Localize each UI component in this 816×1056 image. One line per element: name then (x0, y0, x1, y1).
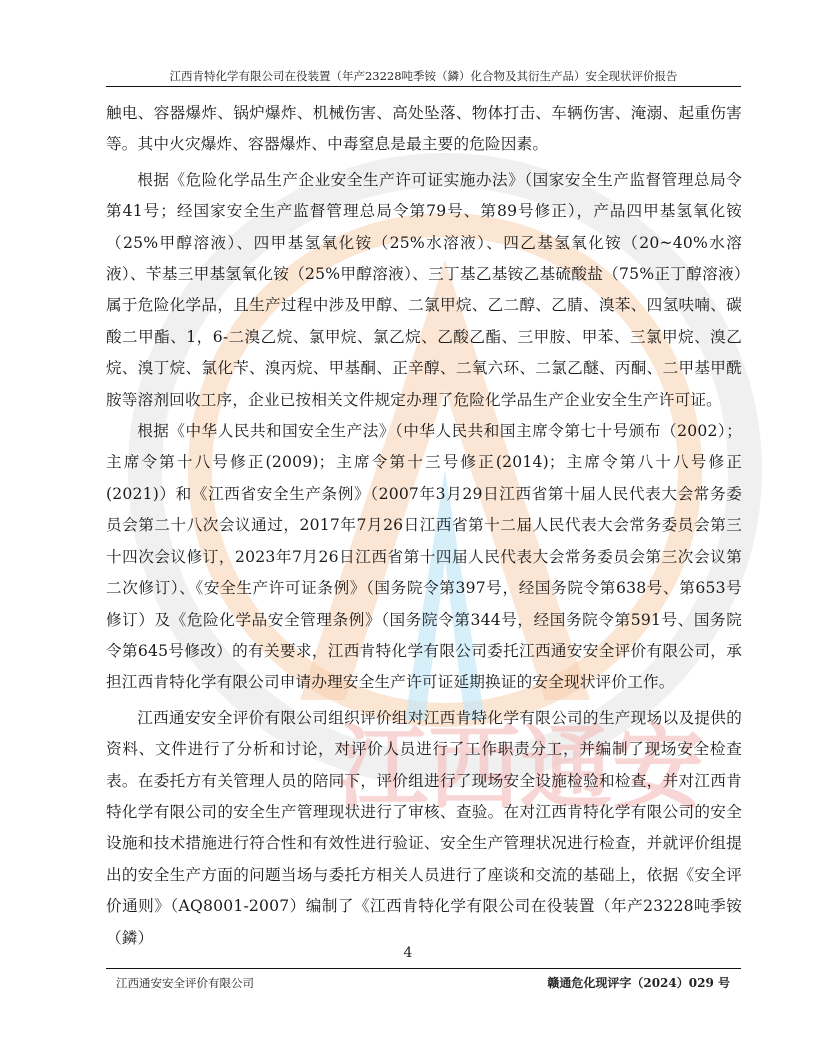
paragraph-license-basis: 根据《危险化学品生产企业安全生产许可证实施办法》（国家安全生产监督管理总局令第4… (106, 165, 742, 416)
document-body: 触电、容器爆炸、锅炉爆炸、机械伤害、高处坠落、物体打击、车辆伤害、淹溺、起重伤害… (106, 98, 742, 954)
footer-company-name: 江西通安安全评价有限公司 (116, 975, 254, 991)
footer-divider (106, 968, 741, 969)
paragraph-evaluation-process: 江西通安安全评价有限公司组织评价组对江西肯特化学有限公司的生产现场以及提供的资料… (106, 703, 742, 954)
running-header-title: 江西肯特化学有限公司在役装置（年产23228吨季铵（鏻）化合物及其衍生产品）安全… (106, 68, 741, 84)
document-page: 江西通安 江西肯特化学有限公司在役装置（年产23228吨季铵（鏻）化合物及其衍生… (0, 0, 816, 1056)
footer-document-code: 赣通危化现评字（2024）029 号 (547, 974, 730, 991)
paragraph-hazards: 触电、容器爆炸、锅炉爆炸、机械伤害、高处坠落、物体打击、车辆伤害、淹溺、起重伤害… (106, 98, 742, 161)
page-number: 4 (0, 945, 816, 961)
paragraph-legal-requirements: 根据《中华人民共和国安全生产法》（中华人民共和国主席令第七十号颁布（2002）；… (106, 416, 742, 699)
header-divider (106, 86, 741, 87)
